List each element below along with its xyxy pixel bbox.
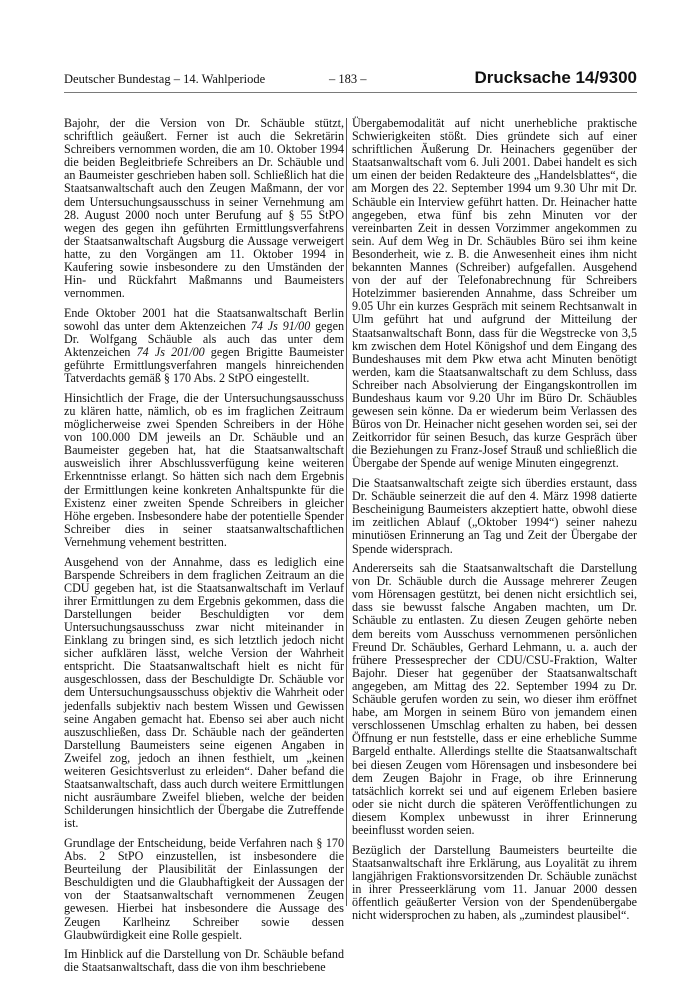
paragraph: Hinsichtlich der Frage, die der Untersuc… [64,392,344,549]
paragraph: Ausgehend von der Annahme, dass es ledig… [64,556,344,831]
case-reference: 74 Js 91/00 [251,319,310,333]
paragraph: Grundlage der Entscheidung, beide Verfah… [64,837,344,942]
case-reference: 74 Js 201/00 [137,345,205,359]
page-number: – 183 – [329,72,367,87]
page-header: Deutscher Bundestag – 14. Wahlperiode – … [64,70,637,93]
column-divider [346,118,347,906]
paragraph: Ende Oktober 2001 hat die Staatsanwaltsc… [64,307,344,386]
left-column: Bajohr, der die Version von Dr. Schäuble… [64,117,344,981]
document-page: Deutscher Bundestag – 14. Wahlperiode – … [0,0,700,990]
paragraph: Bezüglich der Darstellung Baumeisters be… [352,844,637,923]
paragraph: Übergabemodalität auf nicht unerhebliche… [352,117,637,471]
paragraph: Im Hinblick auf die Darstellung von Dr. … [64,948,344,974]
paragraph: Bajohr, der die Version von Dr. Schäuble… [64,117,344,300]
document-number: Drucksache 14/9300 [474,68,637,88]
paragraph: Andererseits sah die Staatsanwaltschaft … [352,562,637,837]
right-column: Übergabemodalität auf nicht unerhebliche… [352,117,637,929]
publication-title: Deutscher Bundestag – 14. Wahlperiode [64,72,265,87]
paragraph: Die Staatsanwaltschaft zeigte sich überd… [352,477,637,556]
